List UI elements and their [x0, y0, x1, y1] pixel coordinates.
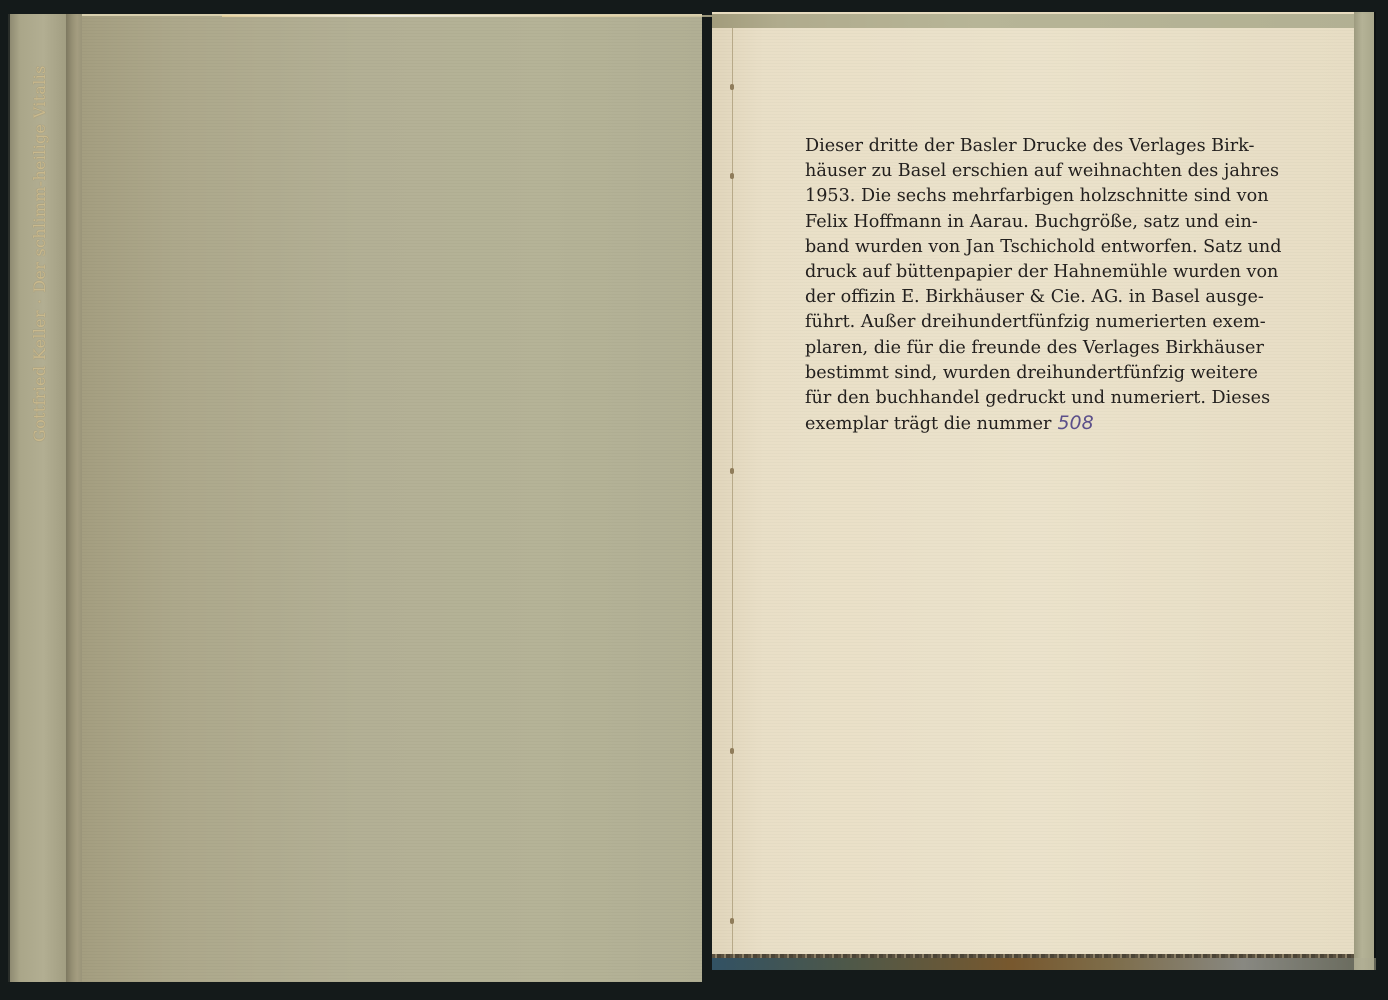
spine-joint: [66, 14, 82, 982]
cover-board-right-edge: [1354, 12, 1376, 970]
colophon-line: plaren, die für die freunde des Verlages…: [805, 336, 1251, 361]
spine-title: Gottfried Keller · Der schlimm-heilige V…: [27, 62, 51, 442]
spine-author: Gottfried Keller: [30, 310, 49, 442]
colophon-line: für den buchhandel gedruckt und numerier…: [805, 386, 1251, 411]
spine-separator: ·: [30, 299, 49, 304]
colophon-line: druck auf büttenpapier der Hahnemühle wu…: [805, 260, 1251, 285]
colophon-line: bestimmt sind, wurden dreihundertfünfzig…: [805, 361, 1251, 386]
stitch-hole: [730, 748, 734, 754]
plastic-cover-reflection: [222, 15, 762, 17]
spine-book-title: Der schlimm-heilige Vitalis: [30, 65, 49, 292]
stitch-hole: [730, 918, 734, 924]
stitch-hole: [730, 468, 734, 474]
plastic-cover-reflection-bottom: [712, 958, 1376, 970]
colophon-line: führt. Außer dreihundertfünfzig numerier…: [805, 310, 1251, 335]
colophon-last-line: exemplar trägt die nummer508: [805, 411, 1251, 437]
colophon-text: Dieser dritte der Basler Drucke des Verl…: [805, 134, 1251, 437]
colophon-line: häuser zu Basel erschien auf weihnachten…: [805, 159, 1251, 184]
stitch-hole: [730, 84, 734, 90]
colophon-line: 1953. Die sechs mehrfarbigen holzschnitt…: [805, 184, 1251, 209]
closed-book: Gottfried Keller · Der schlimm-heilige V…: [8, 14, 702, 982]
stitch-hole: [730, 173, 734, 179]
book-spine: Gottfried Keller · Der schlimm-heilige V…: [8, 14, 66, 982]
cover-board-top-edge: [712, 12, 1376, 28]
gutter-fold: [732, 28, 733, 958]
colophon-line: Dieser dritte der Basler Drucke des Verl…: [805, 134, 1251, 159]
front-cover: [82, 14, 702, 982]
colophon-line: Felix Hoffmann in Aarau. Buchgröße, satz…: [805, 210, 1251, 235]
handwritten-copy-number: 508: [1057, 412, 1093, 434]
colophon-line: der offizin E. Birkhäuser & Cie. AG. in …: [805, 285, 1251, 310]
colophon-line: exemplar trägt die nummer: [805, 414, 1051, 434]
colophon-line: band wurden von Jan Tschichold entworfen…: [805, 235, 1251, 260]
colophon-page: Dieser dritte der Basler Drucke des Verl…: [712, 28, 1354, 958]
open-book: Dieser dritte der Basler Drucke des Verl…: [712, 12, 1376, 970]
